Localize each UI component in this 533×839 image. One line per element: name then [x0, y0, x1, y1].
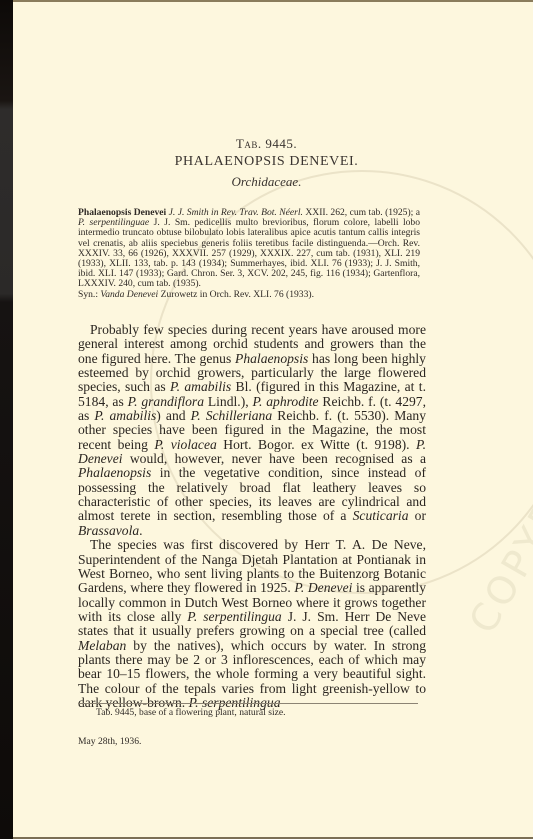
- italic-term: P. Denevei: [294, 580, 352, 595]
- synonym-label: Syn.:: [78, 289, 100, 300]
- italic-term: Phalaenopsis: [78, 465, 151, 480]
- citation-paragraph: Phalaenopsis Denevei J. J. Smith in Rev.…: [78, 208, 420, 290]
- synonym-name: Vanda Denevei: [100, 289, 158, 300]
- publication-date: May 28th, 1936.: [78, 736, 141, 747]
- italic-term: P. Schilleriana: [191, 408, 273, 423]
- footnote-divider: [78, 703, 418, 704]
- text: or: [409, 508, 426, 523]
- italic-term: Melaban: [78, 638, 126, 653]
- text: would, however, never have been recognis…: [123, 451, 426, 466]
- text: ) and: [156, 408, 190, 423]
- italic-term: P. serpentilingua: [187, 609, 281, 624]
- text: Lindl.),: [204, 394, 252, 409]
- text: .: [139, 523, 142, 538]
- synonym-line: Syn.: Vanda Denevei Zurowetz in Orch. Re…: [78, 290, 420, 300]
- synonym-ref: Zurowetz in Orch. Rev. XLI. 76 (1933).: [158, 289, 314, 300]
- scan-left-edge: [0, 0, 13, 839]
- citation-text: J. J. Sm. pedicellis multo brevioribus, …: [78, 217, 420, 289]
- body-text: Probably few species during recent years…: [78, 323, 426, 710]
- species-title: PHALAENOPSIS DENEVEI.: [0, 154, 533, 170]
- italic-term: Brassavola: [78, 523, 139, 538]
- italic-term: Scuticaria: [353, 508, 409, 523]
- italic-term: P. amabilis: [170, 379, 231, 394]
- italic-term: Phalaenopsis: [235, 351, 308, 366]
- plate-caption: Tab. 9445, base of a flowering plant, na…: [96, 707, 286, 718]
- italic-term: P. amabilis: [94, 408, 156, 423]
- body-paragraph-2: The species was first discovered by Herr…: [78, 538, 426, 710]
- tab-number: Tab. 9445.: [0, 136, 533, 152]
- italic-term: P. aphrodite: [252, 394, 318, 409]
- body-paragraph-1: Probably few species during recent years…: [78, 323, 426, 538]
- italic-term: P. violacea: [154, 437, 216, 452]
- text: Hort. Bogor. ex Witte (t. 9198).: [217, 437, 416, 452]
- watermark-text: COPYRIGHTED: [460, 343, 533, 640]
- italic-term: P. grandiflora: [128, 394, 204, 409]
- family-name: Orchidaceae.: [0, 174, 533, 190]
- scan-top-edge: [13, 0, 533, 2]
